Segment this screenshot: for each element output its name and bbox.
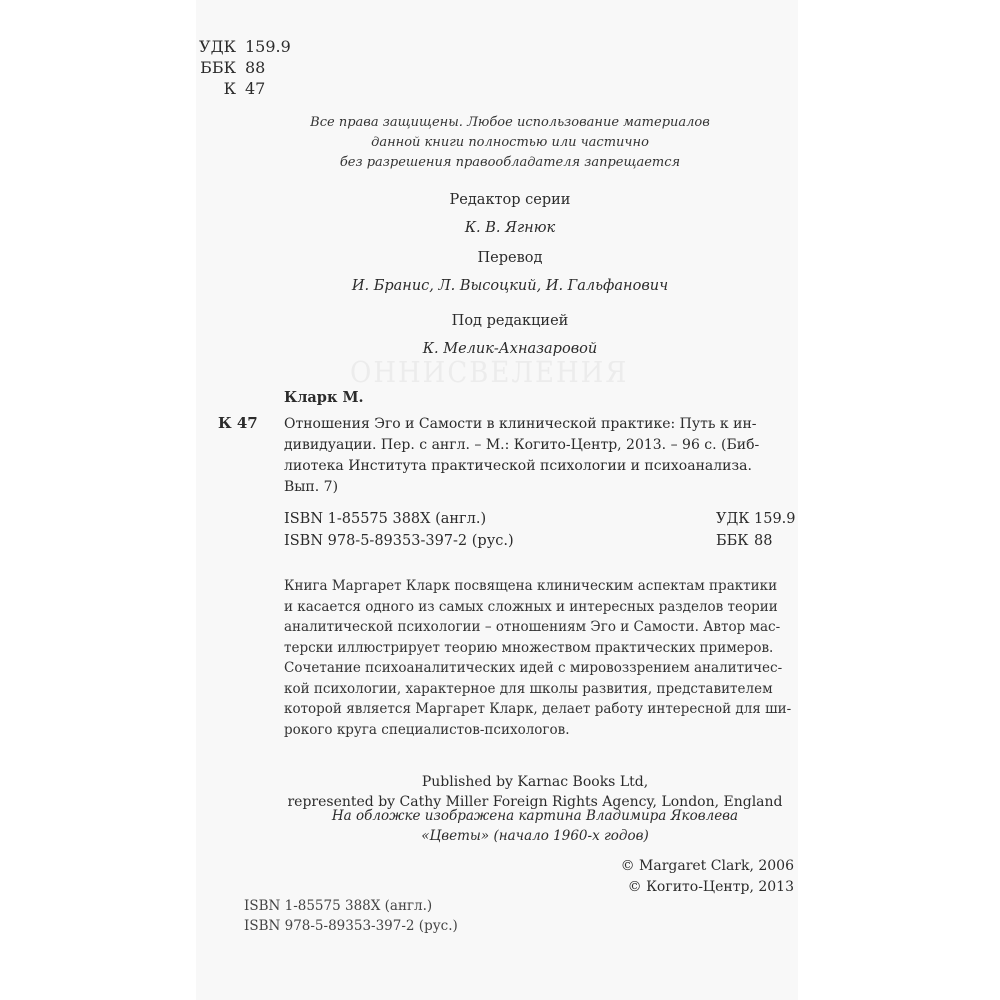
classification-right: УДК159.9 ББК88: [716, 508, 796, 552]
isbn-english: ISBN 1-85575 388X (англ.): [284, 508, 486, 530]
classification-top: УДК159.9 ББК88 К47: [196, 36, 291, 99]
cover-notice: На обложке изображена картина Владимира …: [270, 806, 800, 846]
copyright-notice: © Margaret Clark, 2006 © Когито-Центр, 2…: [621, 856, 794, 898]
series-editor-name: К. В. Ягнюк: [300, 220, 720, 236]
series-editor-label: Редактор серии: [300, 192, 720, 208]
udk-row: УДК159.9: [196, 36, 291, 57]
book-abstract: Книга Маргарет Кларк посвящена клиническ…: [284, 576, 794, 740]
bibliographic-description: Отношения Эго и Самости в клинической пр…: [284, 414, 794, 498]
author-mark-row: К47: [196, 78, 291, 99]
editor-name: К. Мелик-Ахназаровой: [300, 341, 720, 357]
isbn-russian: ISBN 978-5-89353-397-2 (рус.): [284, 530, 514, 552]
translator-names: И. Бранис, Л. Высоцкий, И. Гальфанович: [300, 278, 720, 294]
author-heading: Кларк М.: [284, 389, 364, 406]
translation-label: Перевод: [300, 250, 720, 266]
edited-by-label: Под редакцией: [300, 313, 720, 329]
rights-notice: Все права защищены. Любое использование …: [300, 113, 720, 173]
author-code: К 47: [218, 414, 258, 432]
bbk-row: ББК88: [196, 57, 291, 78]
isbn-bottom: ISBN 1-85575 388X (англ.) ISBN 978-5-893…: [244, 896, 458, 936]
bleed-through-text: ОННИСВЕЛЕНИЯ: [350, 357, 628, 390]
